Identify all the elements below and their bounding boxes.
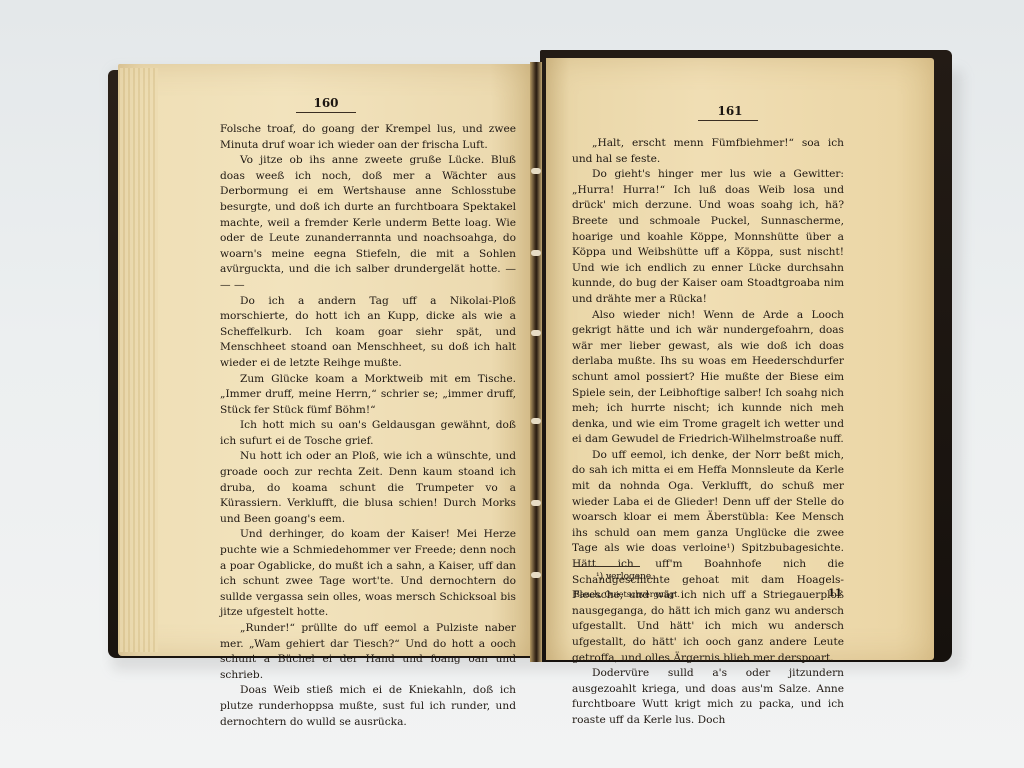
binding-stitch (531, 330, 541, 336)
page-number-rule (698, 120, 758, 121)
paragraph: Ich hott mich su oan's Geldausgan gewähn… (220, 418, 516, 449)
paragraph: Und derhinger, do koam der Kaiser! Mei H… (220, 527, 516, 621)
binding-stitch (531, 500, 541, 506)
binding-stitch (531, 168, 541, 174)
binding-stitch (531, 572, 541, 578)
paragraph: Vo jitze ob ihs anne zweete gruße Lücke.… (220, 153, 516, 293)
paragraph: Zum Glücke koam a Morktweib mit em Tisch… (220, 372, 516, 419)
sheet-number: 11 (828, 588, 842, 599)
page-number: 161 (700, 104, 760, 118)
page-number: 160 (296, 96, 356, 110)
right-page-text: „Halt, erscht menn Fümfbiehmer!“ soa ich… (572, 136, 844, 729)
paragraph: Nu hott ich oder an Ploß, wie ich a wüns… (220, 449, 516, 527)
binding-stitch (531, 250, 541, 256)
footnote-rule (574, 566, 640, 567)
paragraph: „Runder!“ prüllte do uff eemol a Pulzist… (220, 621, 516, 683)
paragraph: Also wieder nich! Wenn de Arde a Looch g… (572, 308, 844, 448)
printer-signature: Bauch, Quietschvergnügt. (574, 590, 680, 599)
paragraph: Folsche troaf, do goang der Krempel lus,… (220, 122, 516, 153)
paragraph: Do ich a andern Tag uff a Nikolai-Ploß m… (220, 294, 516, 372)
footnote: ¹) verlogene. (596, 572, 654, 582)
left-page: 160 Folsche troaf, do goang der Krempel … (118, 64, 532, 656)
paragraph: Do uff eemol, ich denke, der Norr beßt m… (572, 448, 844, 666)
page-number-rule (296, 112, 356, 113)
paragraph: Dodervüre sulld a's oder jitzundern ausg… (572, 666, 844, 728)
right-page: 161 „Halt, erscht menn Fümfbiehmer!“ soa… (546, 58, 934, 660)
paragraph: „Halt, erscht menn Fümfbiehmer!“ soa ich… (572, 136, 844, 167)
paragraph: Do gieht's hinger mer lus wie a Gewitter… (572, 167, 844, 307)
left-page-text: Folsche troaf, do goang der Krempel lus,… (220, 122, 516, 730)
binding-stitch (531, 418, 541, 424)
paragraph: Doas Weib stieß mich ei de Kniekahln, do… (220, 683, 516, 730)
